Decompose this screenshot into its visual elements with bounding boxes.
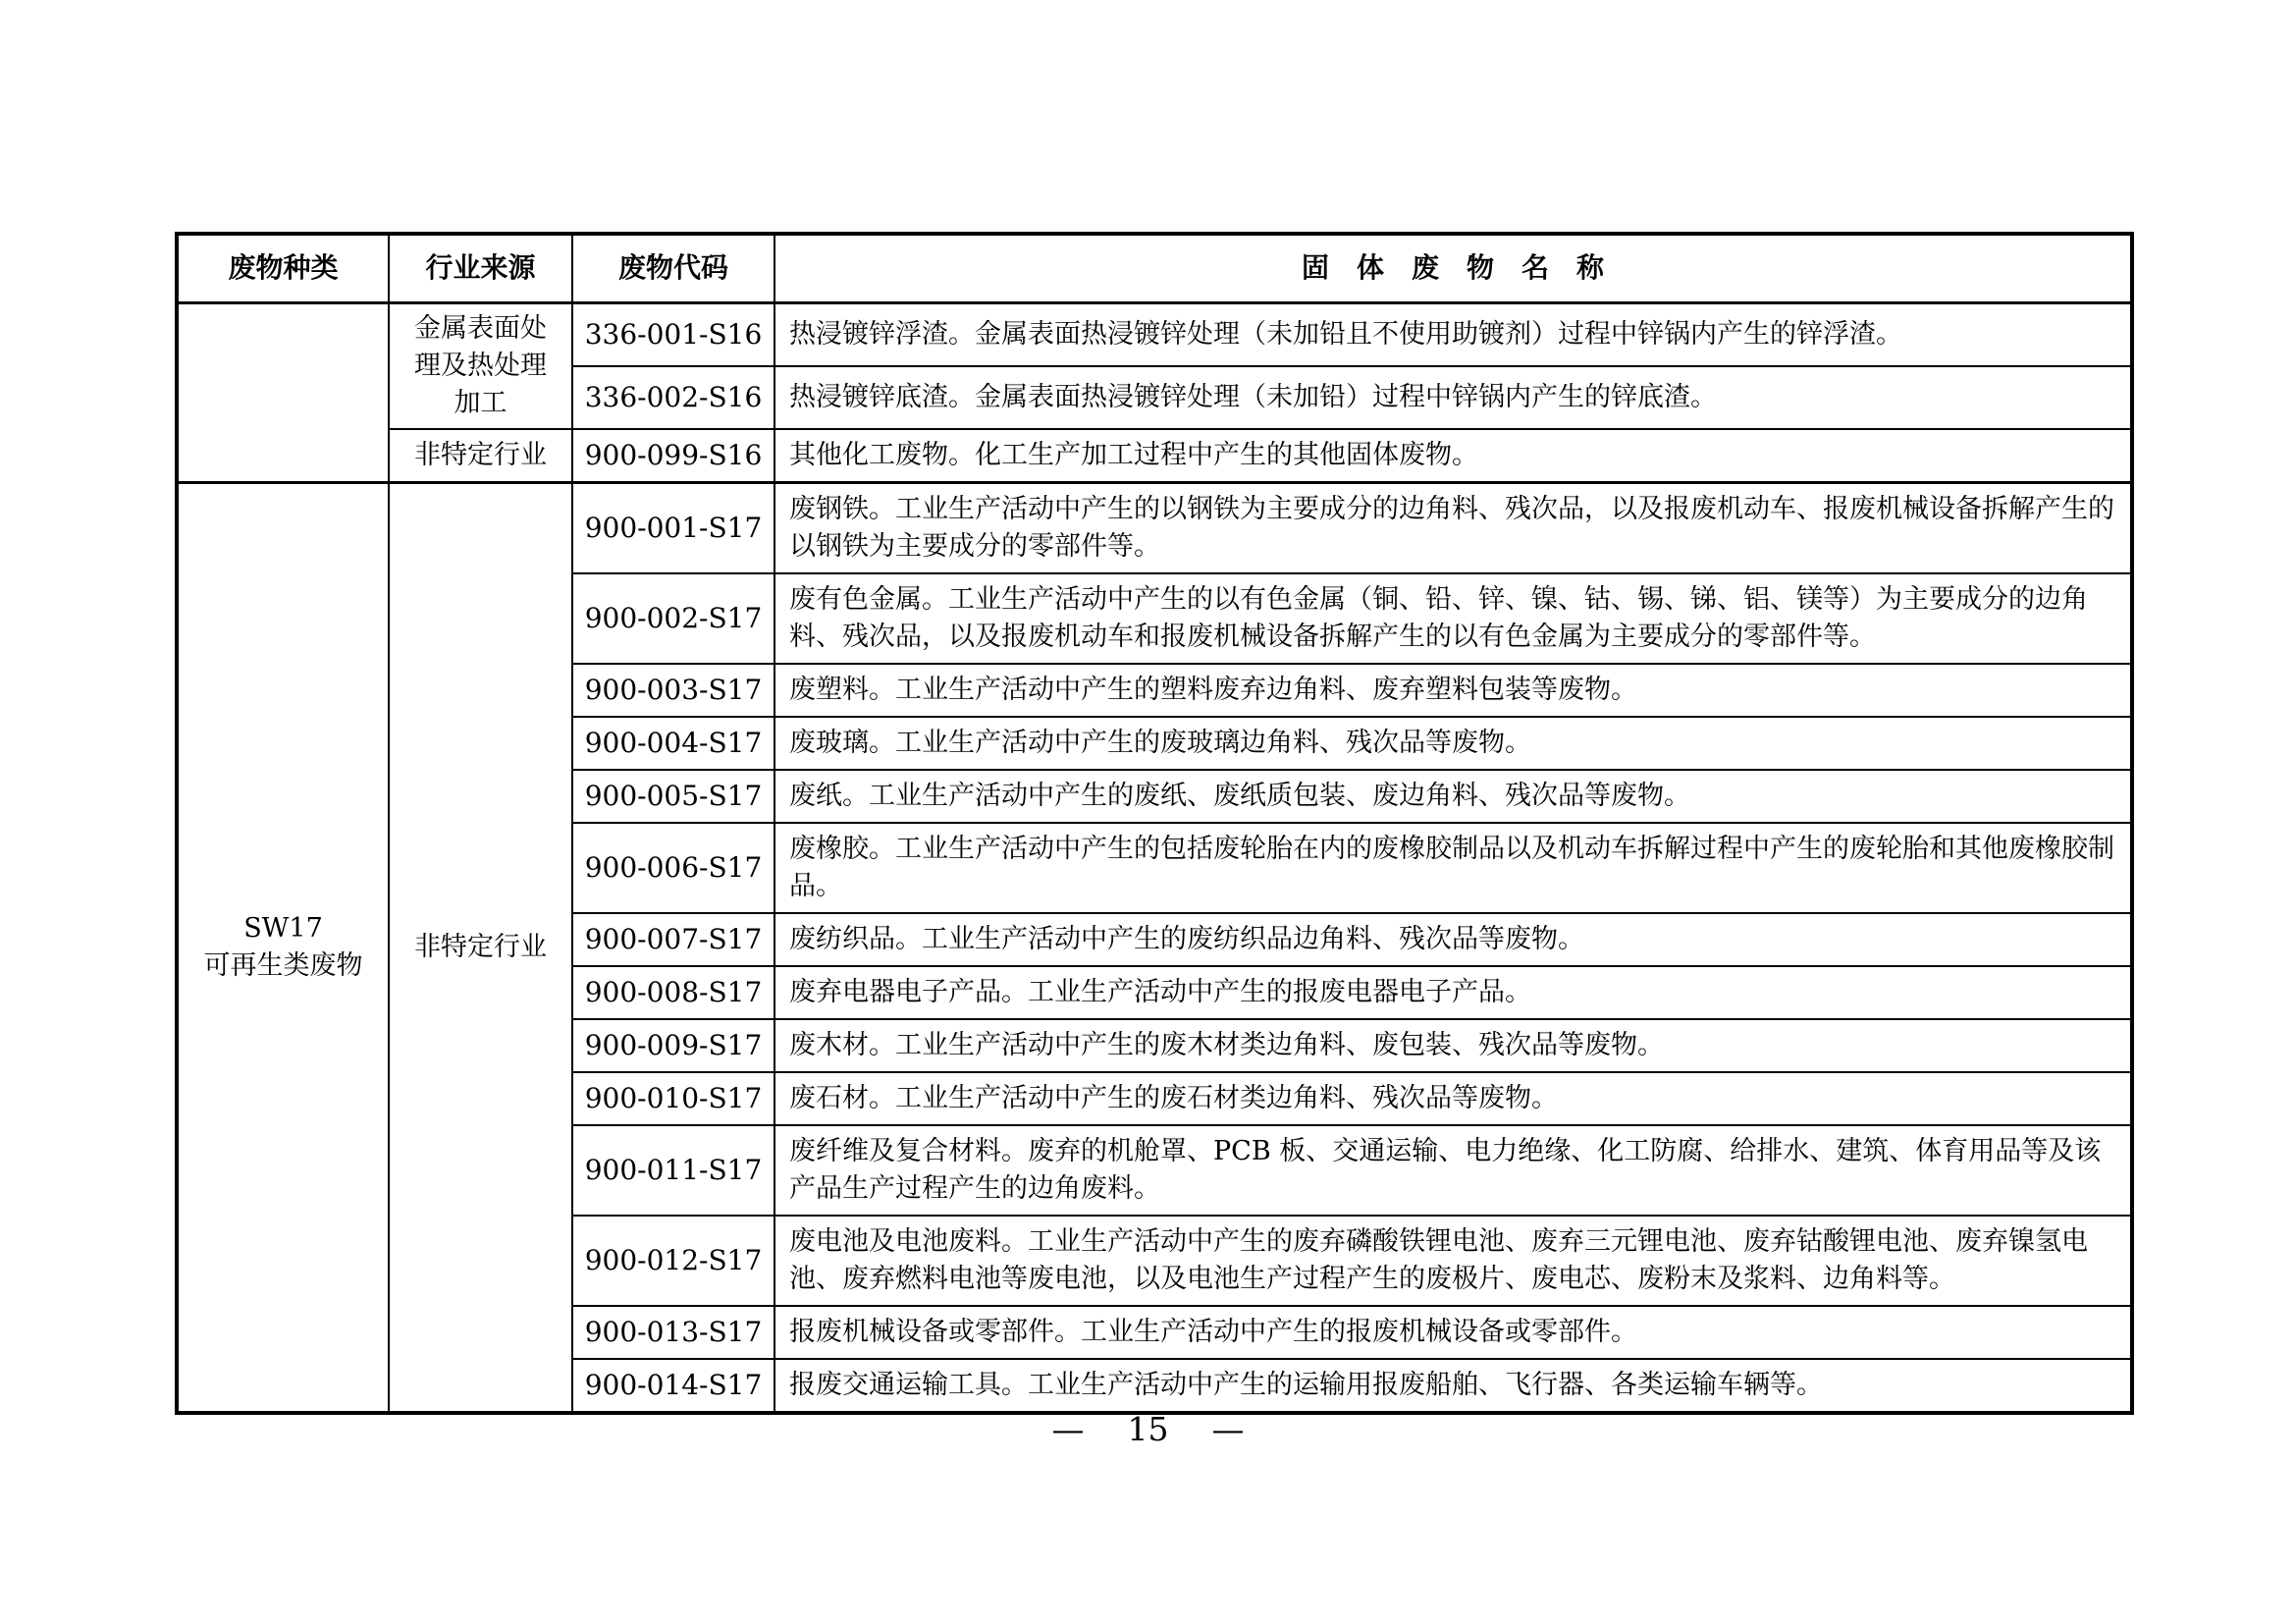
waste-code-cell: 900-014-S17 xyxy=(572,1359,774,1413)
waste-code-cell: 900-010-S17 xyxy=(572,1072,774,1125)
waste-name-cell: 热浸镀锌浮渣。金属表面热浸镀锌处理（未加铅且不使用助镀剂）过程中锌锅内产生的锌浮… xyxy=(774,302,2132,366)
waste-code-cell: 336-002-S16 xyxy=(572,366,774,429)
col-header-waste-code: 废物代码 xyxy=(572,234,774,302)
table-row: 非特定行业 900-099-S16 其他化工废物。化工生产加工过程中产生的其他固… xyxy=(177,429,2132,483)
waste-name-cell: 报废交通运输工具。工业生产活动中产生的运输用报废船舶、飞行器、各类运输车辆等。 xyxy=(774,1359,2132,1413)
waste-code-cell: 900-003-S17 xyxy=(572,664,774,717)
table-header-row: 废物种类 行业来源 废物代码 固 体 废 物 名 称 xyxy=(177,234,2132,302)
waste-code-cell: 900-004-S17 xyxy=(572,717,774,770)
page-number-value: 15 xyxy=(1128,1410,1169,1448)
waste-code-cell: 900-009-S17 xyxy=(572,1019,774,1072)
waste-code-cell: 900-005-S17 xyxy=(572,770,774,823)
waste-code-cell: 900-002-S17 xyxy=(572,573,774,664)
waste-name-cell: 废石材。工业生产活动中产生的废石材类边角料、残次品等废物。 xyxy=(774,1072,2132,1125)
col-header-waste-name: 固 体 废 物 名 称 xyxy=(774,234,2132,302)
waste-name-cell: 其他化工废物。化工生产加工过程中产生的其他固体废物。 xyxy=(774,429,2132,483)
waste-code-cell: 900-001-S17 xyxy=(572,482,774,573)
waste-code-cell: 900-007-S17 xyxy=(572,913,774,966)
waste-code-cell: 900-008-S17 xyxy=(572,966,774,1019)
waste-type-cell: SW17 可再生类废物 xyxy=(177,482,389,1413)
waste-code-cell: 336-001-S16 xyxy=(572,302,774,366)
col-header-waste-type: 废物种类 xyxy=(177,234,389,302)
waste-category-table: 废物种类 行业来源 废物代码 固 体 废 物 名 称 金属表面处理及热处理加工 … xyxy=(175,232,2134,1415)
waste-name-cell: 废纸。工业生产活动中产生的废纸、废纸质包装、废边角料、残次品等废物。 xyxy=(774,770,2132,823)
col-header-industry-source: 行业来源 xyxy=(389,234,572,302)
waste-name-cell: 废塑料。工业生产活动中产生的塑料废弃边角料、废弃塑料包装等废物。 xyxy=(774,664,2132,717)
page-number-right-dash: — xyxy=(1212,1410,1245,1448)
table-row: 金属表面处理及热处理加工 336-001-S16 热浸镀锌浮渣。金属表面热浸镀锌… xyxy=(177,302,2132,366)
page-number: — 15 — xyxy=(0,1410,2296,1448)
waste-code-cell: 900-012-S17 xyxy=(572,1216,774,1306)
waste-name-cell: 废有色金属。工业生产活动中产生的以有色金属（铜、铅、锌、镍、钴、锡、锑、铝、镁等… xyxy=(774,573,2132,664)
waste-name-cell: 热浸镀锌底渣。金属表面热浸镀锌处理（未加铅）过程中锌锅内产生的锌底渣。 xyxy=(774,366,2132,429)
waste-name-cell: 废电池及电池废料。工业生产活动中产生的废弃磷酸铁锂电池、废弃三元锂电池、废弃钴酸… xyxy=(774,1216,2132,1306)
waste-name-cell: 废弃电器电子产品。工业生产活动中产生的报废电器电子产品。 xyxy=(774,966,2132,1019)
industry-source-cell: 金属表面处理及热处理加工 xyxy=(389,302,572,429)
waste-name-cell: 废纤维及复合材料。废弃的机舱罩、PCB 板、交通运输、电力绝缘、化工防腐、给排水… xyxy=(774,1125,2132,1216)
waste-code-cell: 900-099-S16 xyxy=(572,429,774,483)
waste-code-cell: 900-011-S17 xyxy=(572,1125,774,1216)
waste-type-cell xyxy=(177,302,389,482)
waste-name-cell: 废木材。工业生产活动中产生的废木材类边角料、废包装、残次品等废物。 xyxy=(774,1019,2132,1072)
waste-name-cell: 废钢铁。工业生产活动中产生的以钢铁为主要成分的边角料、残次品，以及报废机动车、报… xyxy=(774,482,2132,573)
waste-code-cell: 900-006-S17 xyxy=(572,823,774,913)
waste-code-cell: 900-013-S17 xyxy=(572,1306,774,1359)
waste-name-cell: 报废机械设备或零部件。工业生产活动中产生的报废机械设备或零部件。 xyxy=(774,1306,2132,1359)
industry-source-cell: 非特定行业 xyxy=(389,482,572,1413)
waste-name-cell: 废橡胶。工业生产活动中产生的包括废轮胎在内的废橡胶制品以及机动车拆解过程中产生的… xyxy=(774,823,2132,913)
page-number-left-dash: — xyxy=(1052,1410,1085,1448)
waste-name-cell: 废纺织品。工业生产活动中产生的废纺织品边角料、残次品等废物。 xyxy=(774,913,2132,966)
table-row: SW17 可再生类废物 非特定行业 900-001-S17 废钢铁。工业生产活动… xyxy=(177,482,2132,573)
waste-name-cell: 废玻璃。工业生产活动中产生的废玻璃边角料、残次品等废物。 xyxy=(774,717,2132,770)
document-page: 废物种类 行业来源 废物代码 固 体 废 物 名 称 金属表面处理及热处理加工 … xyxy=(0,0,2296,1624)
industry-source-cell: 非特定行业 xyxy=(389,429,572,483)
